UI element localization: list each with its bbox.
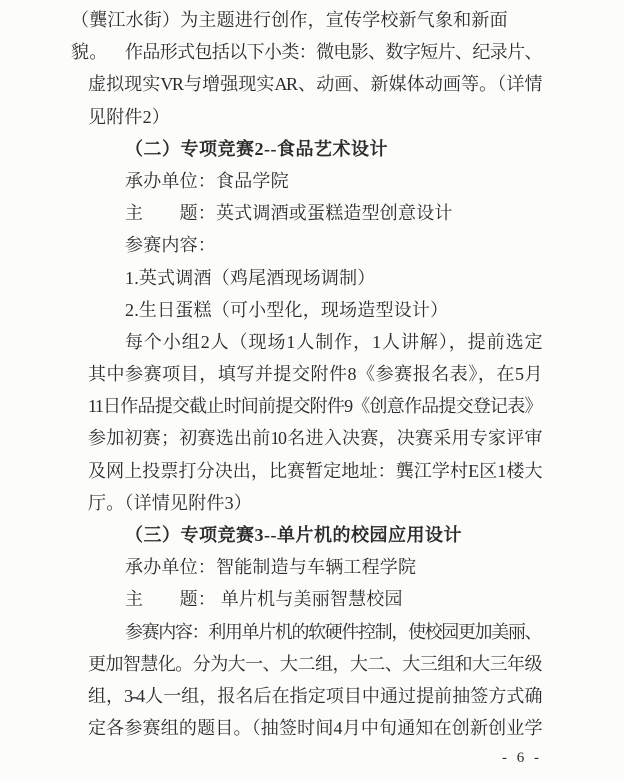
document-page: （龔江水街）为主题进行创作，宣传学校新气象和新面貌。作品形式包括以下小类：微电影… bbox=[0, 0, 624, 779]
page-number: - 6 - bbox=[502, 746, 542, 770]
text-line: 2.生日蛋糕（可小型化，现场造型设计） bbox=[88, 294, 541, 326]
section-heading: （三）专项竞赛3--单片机的校园应用设计 bbox=[88, 519, 541, 551]
text-line: 每个小组2人（现场1人制作，1人讲解），提前选定 bbox=[88, 326, 541, 358]
section-heading: （二）专项竞赛2--食品艺术设计 bbox=[88, 133, 541, 165]
text-line: 参赛内容：利用单片机的软硬件控制，使校园更加美丽、 bbox=[88, 616, 541, 648]
text-line: 作品形式包括以下小类：微电影、数字短片、纪录片、 bbox=[88, 36, 541, 68]
text-line: 其中参赛项目，填写并提交附件8《参赛报名表》，在5月 bbox=[88, 358, 541, 390]
text-line: 见附件2） bbox=[88, 101, 541, 133]
text-line: 主 题：英式调酒或蛋糕造型创意设计 bbox=[88, 197, 541, 229]
text-line: （龔江水街）为主题进行创作，宣传学校新气象和新面貌。 bbox=[71, 4, 541, 36]
text-line: 承办单位：食品学院 bbox=[88, 165, 541, 197]
text-line: 1.英式调酒（鸡尾酒现场调制） bbox=[88, 262, 541, 294]
text-line: 更加智慧化。分为大一、大二组，大二、大三组和大三年级 bbox=[88, 648, 541, 680]
text-line: 11日作品提交截止时间前提交附件9《创意作品提交登记表》 bbox=[88, 390, 541, 422]
text-line: 参加初赛；初赛选出前10名进入决赛，决赛采用专家评审 bbox=[88, 422, 541, 454]
text-line: 承办单位：智能制造与车辆工程学院 bbox=[88, 551, 541, 583]
text-line: 参赛内容： bbox=[88, 229, 541, 261]
text-line: 定各参赛组的题目。（抽签时间4月中旬通知在创新创业学 bbox=[88, 712, 541, 744]
text-line: 主 题： 单片机与美丽智慧校园 bbox=[88, 583, 541, 615]
text-line: 组，3-4人一组，报名后在指定项目中通过提前抽签方式确 bbox=[88, 680, 541, 712]
text-line: 虚拟现实VR与增强现实AR、动画、新媒体动画等。（详情 bbox=[88, 68, 541, 100]
text-line: 及网上投票打分决出，比赛暂定地址：龔江学村E区1楼大 bbox=[88, 455, 541, 487]
text-line: 厅。（详情见附件3） bbox=[88, 487, 541, 519]
document-body: （龔江水街）为主题进行创作，宣传学校新气象和新面貌。作品形式包括以下小类：微电影… bbox=[88, 4, 541, 744]
